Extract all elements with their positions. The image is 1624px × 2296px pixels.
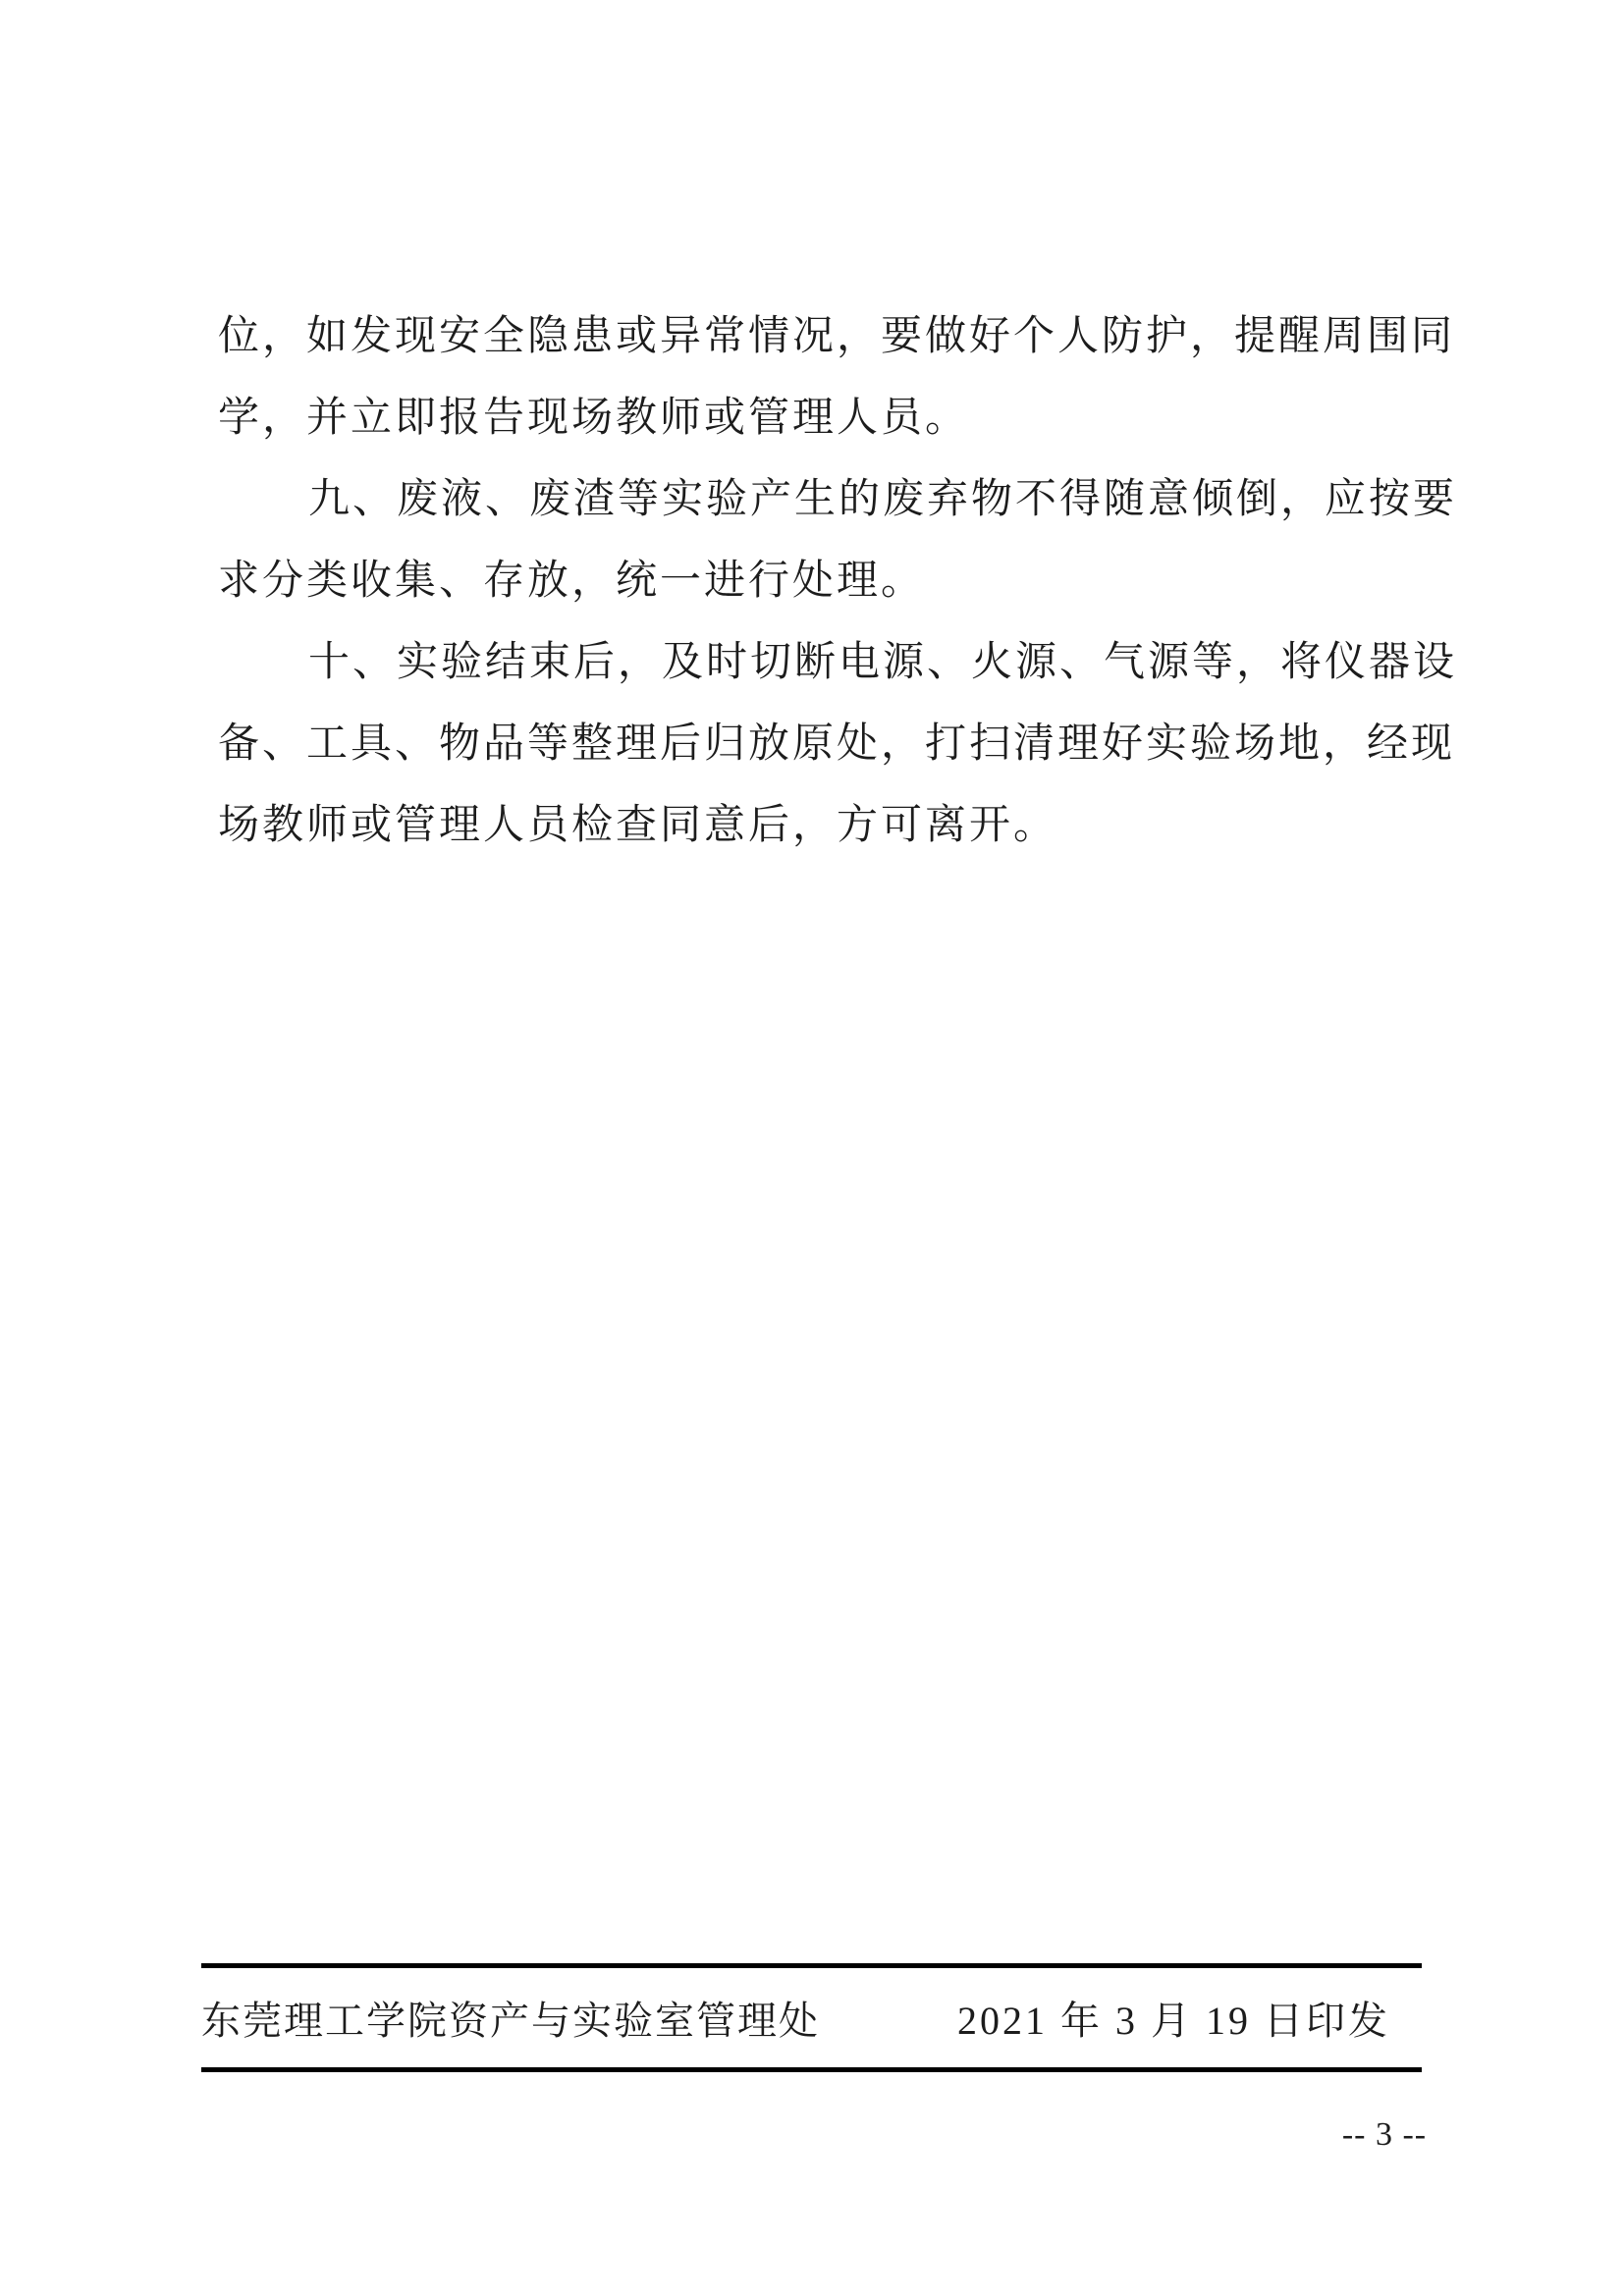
body-line: 备、工具、物品等整理后归放原处，打扫清理好实验场地，经现 — [218, 704, 1435, 785]
footer-issuer: 东莞理工学院资产与实验室管理处 — [201, 1990, 820, 2046]
body-line: 十、实验结束后，及时切断电源、火源、气源等，将仪器设 — [218, 622, 1435, 704]
body-line: 九、废液、废渣等实验产生的废弃物不得随意倾倒，应按要 — [218, 459, 1435, 541]
page-number: -- 3 -- — [1330, 2116, 1438, 2154]
body-line: 场教师或管理人员检查同意后，方可离开。 — [218, 785, 1435, 867]
footer-rule-bottom — [201, 2067, 1422, 2072]
body-line: 学，并立即报告现场教师或管理人员。 — [218, 378, 1435, 459]
footer-rule-top — [201, 1963, 1422, 1968]
document-page: 位，如发现安全隐患或异常情况，要做好个人防护，提醒周围同 学，并立即报告现场教师… — [0, 0, 1624, 2296]
body-text-block: 位，如发现安全隐患或异常情况，要做好个人防护，提醒周围同 学，并立即报告现场教师… — [218, 296, 1435, 867]
footer-print-date: 2021 年 3 月 19 日印发 — [957, 1990, 1390, 2046]
body-line: 求分类收集、存放，统一进行处理。 — [218, 541, 1435, 622]
body-line: 位，如发现安全隐患或异常情况，要做好个人防护，提醒周围同 — [218, 296, 1435, 378]
footer-row: 东莞理工学院资产与实验室管理处 2021 年 3 月 19 日印发 — [201, 1977, 1422, 2057]
